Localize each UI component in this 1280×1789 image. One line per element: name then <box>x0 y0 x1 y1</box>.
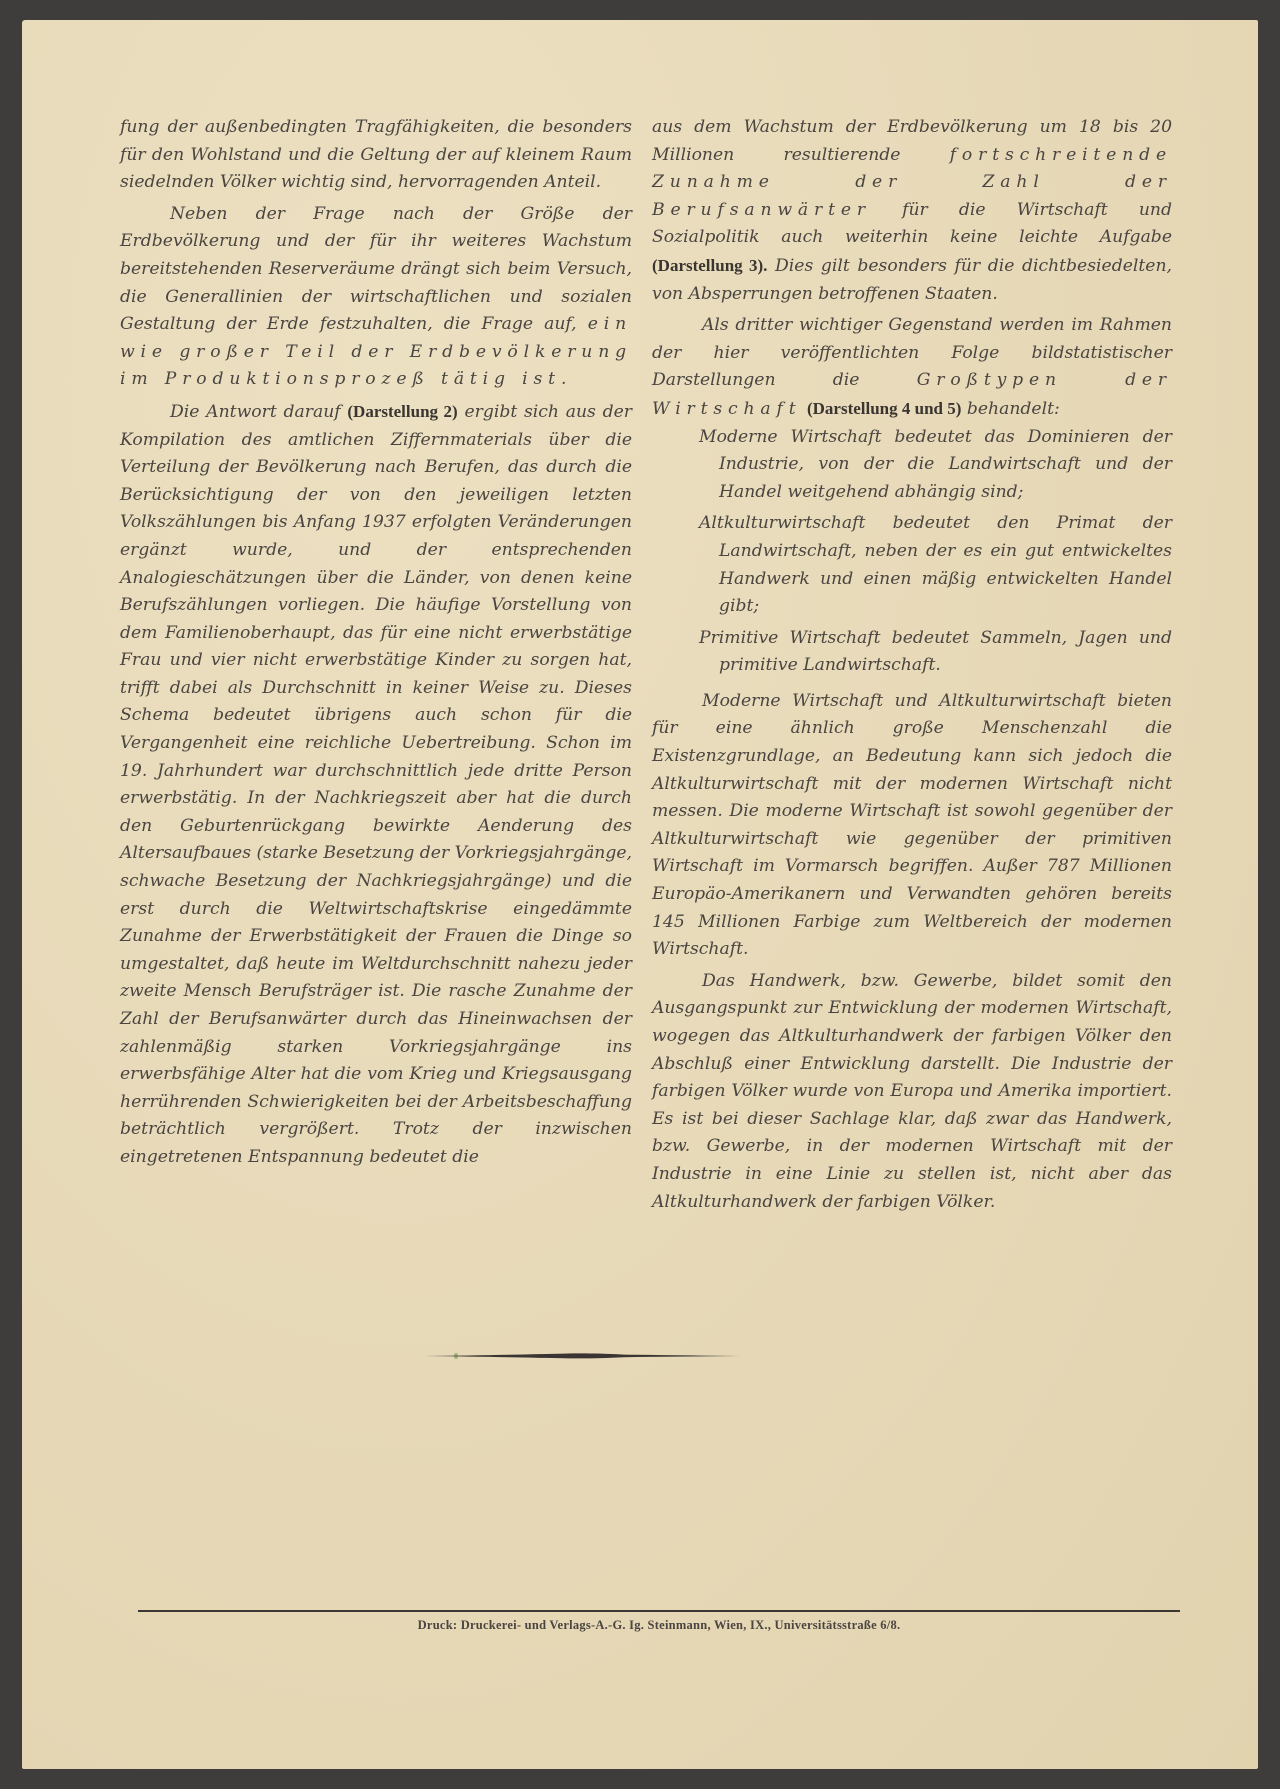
paragraph-continuation: aus dem Wachstum der Erdbevölkerung um 1… <box>652 114 1172 308</box>
paragraph-economy-types: Als dritter wichtiger Gegenstand werden … <box>652 312 1172 423</box>
paragraph-text: behandelt: <box>967 399 1060 419</box>
definition-modern-economy: Moderne Wirtschaft bedeutet das Dominier… <box>652 424 1172 507</box>
paragraph-text: Moderne Wirtschaft und Altkulturwirtscha… <box>652 691 1172 959</box>
paragraph-comparison: Moderne Wirtschaft und Altkulturwirtscha… <box>652 688 1172 964</box>
definition-primitive-economy: Primitive Wirtschaft bedeutet Sammeln, J… <box>652 625 1172 680</box>
paragraph-text: ergibt sich aus der Kompilation des amtl… <box>120 402 632 1167</box>
paragraph-answer: Die Antwort darauf (Darstellung 2) ergib… <box>120 398 632 1172</box>
paragraph-continuation: fung der außenbedingten Tragfähigkeiten,… <box>120 114 632 197</box>
figure-reference: (Darstellung 2) <box>347 402 457 421</box>
printer-imprint: Druck: Druckerei- und Verlags-A.-G. Ig. … <box>138 1618 1180 1633</box>
document-page: fung der außenbedingten Tragfähigkeiten,… <box>22 20 1258 1769</box>
definition-old-culture-economy: Altkulturwirtschaft bedeutet den Primat … <box>652 510 1172 620</box>
left-column: fung der außenbedingten Tragfähigkeiten,… <box>120 114 632 1172</box>
paragraph-text: Neben der Frage nach der Größe der Erdbe… <box>120 204 632 334</box>
figure-reference: (Darstellung 4 und 5) <box>807 399 961 418</box>
paragraph-text: fung der außenbedingten Tragfähigkeiten,… <box>120 117 632 192</box>
paragraph-handicraft: Das Handwerk, bzw. Gewerbe, bildet somit… <box>652 968 1172 1216</box>
right-column: aus dem Wachstum der Erdbevölkerung um 1… <box>652 114 1172 1216</box>
paragraph-workforce-question: Neben der Frage nach der Größe der Erdbe… <box>120 201 632 394</box>
paragraph-text: Das Handwerk, bzw. Gewerbe, bildet somit… <box>652 971 1172 1212</box>
figure-reference: (Darstellung 3). <box>652 256 767 275</box>
tapered-rule-ornament-icon <box>424 1351 740 1361</box>
footer-rule <box>138 1610 1180 1612</box>
paragraph-text: Die Antwort darauf <box>170 402 341 422</box>
